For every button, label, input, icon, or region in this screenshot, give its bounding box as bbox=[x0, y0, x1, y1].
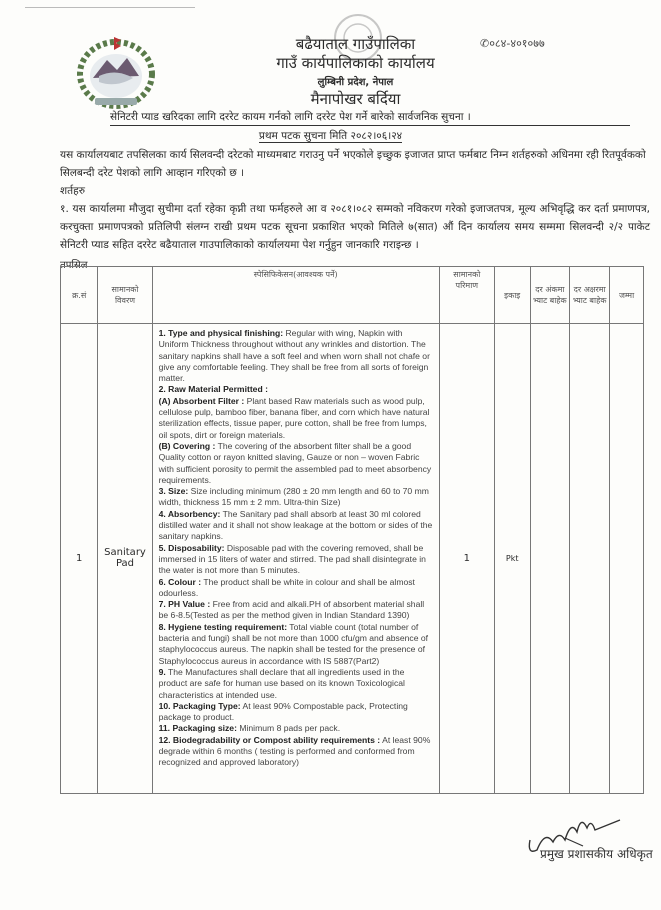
spec-item-title: 10. Packaging Type: bbox=[159, 701, 241, 711]
spec-item-title: 4. Absorbency: bbox=[159, 509, 221, 519]
spec-item: (B) Covering : The covering of the absor… bbox=[159, 441, 434, 486]
spec-item: (A) Absorbent Filter : Plant based Raw m… bbox=[159, 396, 434, 441]
spec-item: 6. Colour : The product shall be white i… bbox=[159, 577, 434, 600]
header-rate-words: दर अक्षरमा भ्याट बाहेक bbox=[570, 267, 610, 324]
spec-item-title: 6. Colour : bbox=[159, 577, 202, 587]
header-unit: इकाइ bbox=[494, 267, 530, 324]
header-quantity: सामानको परिमाण bbox=[439, 267, 494, 324]
cell-specification: 1. Type and physical finishing: Regular … bbox=[152, 324, 439, 794]
spec-item-text: Size including minimum (280 ± 20 mm leng… bbox=[159, 486, 429, 507]
table-header-row: क्र.सं सामानको विवरण स्पेसिफिकेसन(आवश्यक… bbox=[61, 267, 644, 324]
cell-rate-figures[interactable] bbox=[530, 324, 570, 794]
condition-item: १. यस कार्यालमा मौजुदा सुचीमा दर्ता रहेक… bbox=[60, 200, 650, 254]
spec-item-title: 7. PH Value : bbox=[159, 599, 211, 609]
cell-item: Sanitary Pad bbox=[98, 324, 152, 794]
spec-item-title: 8. Hygiene testing requirement: bbox=[159, 622, 287, 632]
spec-item: 7. PH Value : Free from acid and alkali.… bbox=[159, 599, 434, 622]
spec-item: 10. Packaging Type: At least 90% Compost… bbox=[159, 701, 434, 724]
cell-sn: 1 bbox=[61, 324, 98, 794]
cell-total[interactable] bbox=[610, 324, 644, 794]
spec-item-title: 5. Disposability: bbox=[159, 543, 225, 553]
cell-quantity: 1 bbox=[439, 324, 494, 794]
header-rate-figures: दर अंकमा भ्याट बाहेक bbox=[530, 267, 570, 324]
spec-item: 9. The Manufactures shall declare that a… bbox=[159, 667, 434, 701]
intro-paragraph: यस कार्यालयबाट तपसिलका कार्य सिलवन्दी दर… bbox=[60, 146, 648, 182]
office-name: गाउँ कार्यपालिकाको कार्यालय bbox=[25, 53, 661, 73]
notice-date: प्रथम पटक सुचना मिति २०८२।०६।२४ bbox=[259, 130, 402, 143]
header-item: सामानको विवरण bbox=[98, 267, 152, 324]
spec-item-text: Minimum 8 pads per pack. bbox=[237, 723, 340, 733]
spec-item-title: 3. Size: bbox=[159, 486, 189, 496]
municipality-name: बढैयाताल गाउँपालिका bbox=[25, 34, 661, 54]
phone-number: ✆०८४-४०१०७७ bbox=[480, 36, 545, 51]
spec-item-title: (A) Absorbent Filter : bbox=[159, 396, 245, 406]
table-row: 1 Sanitary Pad 1. Type and physical fini… bbox=[61, 324, 644, 794]
spec-item: 4. Absorbency: The Sanitary pad shall ab… bbox=[159, 509, 434, 543]
spec-item: 8. Hygiene testing requirement: Total vi… bbox=[159, 622, 434, 667]
spec-item: 12. Biodegradability or Compost ability … bbox=[159, 735, 434, 769]
spec-item: 5. Disposability: Disposable pad with th… bbox=[159, 543, 434, 577]
header-total: जम्मा bbox=[610, 267, 644, 324]
spec-item-title: 2. Raw Material Permitted : bbox=[159, 384, 268, 394]
province-name: लुम्बिनी प्रदेश, नेपाल bbox=[25, 74, 661, 88]
signatory-designation: प्रमुख प्रशासकीय अधिकृत bbox=[540, 845, 653, 862]
header-spec: स्पेसिफिकेसन(आवश्यक पर्ने) bbox=[152, 267, 439, 324]
spec-item-title: 1. Type and physical finishing: bbox=[159, 328, 283, 338]
spec-item: 1. Type and physical finishing: Regular … bbox=[159, 328, 434, 384]
spec-item: 3. Size: Size including minimum (280 ± 2… bbox=[159, 486, 434, 509]
location-name: मैनापोखर बर्दिया bbox=[25, 89, 661, 109]
conditions-heading: शर्तहरु bbox=[60, 184, 85, 198]
spec-item-title: 11. Packaging size: bbox=[159, 723, 237, 733]
specification-table: क्र.सं सामानको विवरण स्पेसिफिकेसन(आवश्यक… bbox=[60, 266, 644, 794]
spec-item-title: 12. Biodegradability or Compost ability … bbox=[159, 735, 381, 745]
spec-item: 11. Packaging size: Minimum 8 pads per p… bbox=[159, 723, 434, 734]
cell-unit: Pkt bbox=[494, 324, 530, 794]
spec-item-text: The Manufactures shall declare that all … bbox=[159, 667, 405, 700]
spec-item: 2. Raw Material Permitted : bbox=[159, 384, 434, 395]
notice-subject: सेनिटरी प्याड खरिदका लागि दररेट कायम गर्… bbox=[110, 110, 630, 126]
cell-rate-words[interactable] bbox=[570, 324, 610, 794]
spec-item-title: (B) Covering : bbox=[159, 441, 216, 451]
spec-item-title: 9. bbox=[159, 667, 166, 677]
scan-edge-line bbox=[25, 7, 195, 8]
header-sn: क्र.सं bbox=[61, 267, 98, 324]
